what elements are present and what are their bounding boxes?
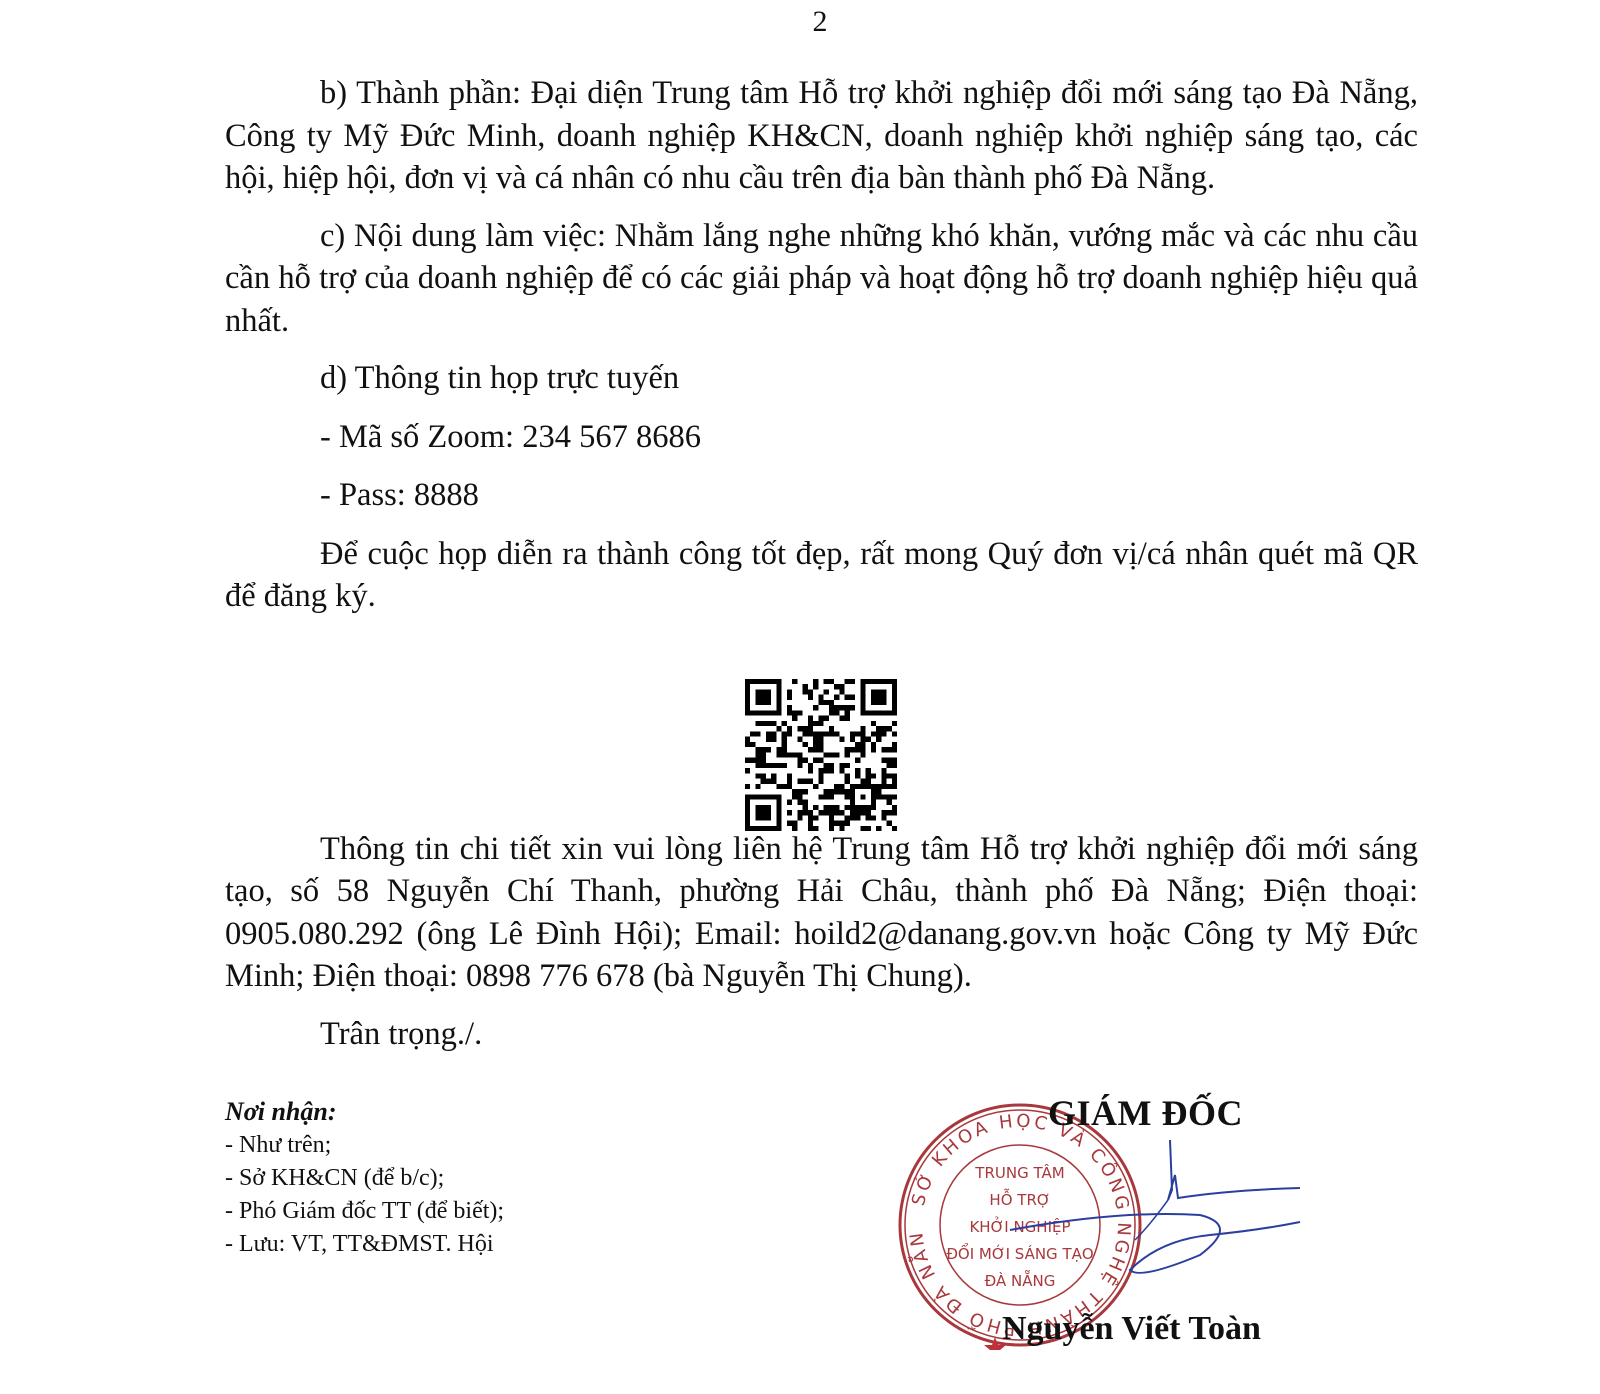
closing-text: Trân trọng./.	[225, 1013, 1418, 1056]
qr-code-icon	[745, 679, 897, 831]
signature-block: SỞ KHOA HỌC VÀ CÔNG NGHỆ THÀNH PHỐ ĐÀ NẴ…	[980, 1090, 1310, 1390]
page-number: 2	[0, 2, 1600, 42]
recipient-item: - Sở KH&CN (để b/c);	[225, 1162, 504, 1195]
registration-qr-code[interactable]	[745, 679, 897, 831]
signatory-title: GIÁM ĐỐC	[1048, 1092, 1243, 1134]
contact-info: Thông tin chi tiết xin vui lòng liên hệ …	[225, 828, 1418, 998]
recipients-title: Nơi nhận:	[225, 1095, 504, 1129]
zoom-meeting-id: - Mã số Zoom: 234 567 8686	[225, 416, 1418, 459]
recipient-item: - Như trên;	[225, 1129, 504, 1162]
section-c-content: c) Nội dung làm việc: Nhằm lắng nghe nhữ…	[225, 215, 1418, 343]
recipient-item: - Phó Giám đốc TT (để biết);	[225, 1195, 504, 1228]
recipient-item: - Lưu: VT, TT&ĐMST. Hội	[225, 1228, 504, 1261]
handwritten-signature-icon	[1000, 1130, 1310, 1290]
document-body: b) Thành phần: Đại diện Trung tâm Hỗ trợ…	[225, 72, 1418, 1070]
qr-request-text: Để cuộc họp diễn ra thành công tốt đẹp, …	[225, 533, 1418, 618]
recipients-block: Nơi nhận: - Như trên; - Sở KH&CN (để b/c…	[225, 1095, 504, 1261]
zoom-password: - Pass: 8888	[225, 474, 1418, 517]
section-b-participants: b) Thành phần: Đại diện Trung tâm Hỗ trợ…	[225, 72, 1418, 200]
signatory-name: Nguyễn Viết Toàn	[1002, 1310, 1261, 1348]
section-d-heading: d) Thông tin họp trực tuyến	[225, 357, 1418, 400]
